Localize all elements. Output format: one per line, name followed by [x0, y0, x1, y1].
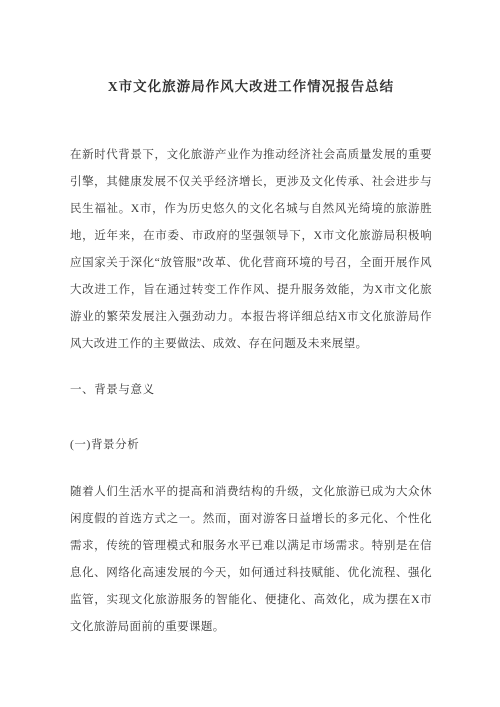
section-heading-background-and-significance: 一、背景与意义: [70, 377, 432, 404]
document-title: X市文化旅游局作风大改进工作情况报告总结: [70, 78, 432, 96]
intro-paragraph: 在新时代背景下，文化旅游产业作为推动经济社会高质量发展的重要引擎，其健康发展不仅…: [70, 142, 432, 358]
background-analysis-paragraph: 随着人们生活水平的提高和消费结构的升级，文化旅游已成为大众休闲度假的首选方式之一…: [70, 479, 432, 641]
subsection-heading-background-analysis: (一)背景分析: [70, 432, 432, 459]
document-page: X市文化旅游局作风大改进工作情况报告总结 在新时代背景下，文化旅游产业作为推动经…: [0, 0, 500, 707]
